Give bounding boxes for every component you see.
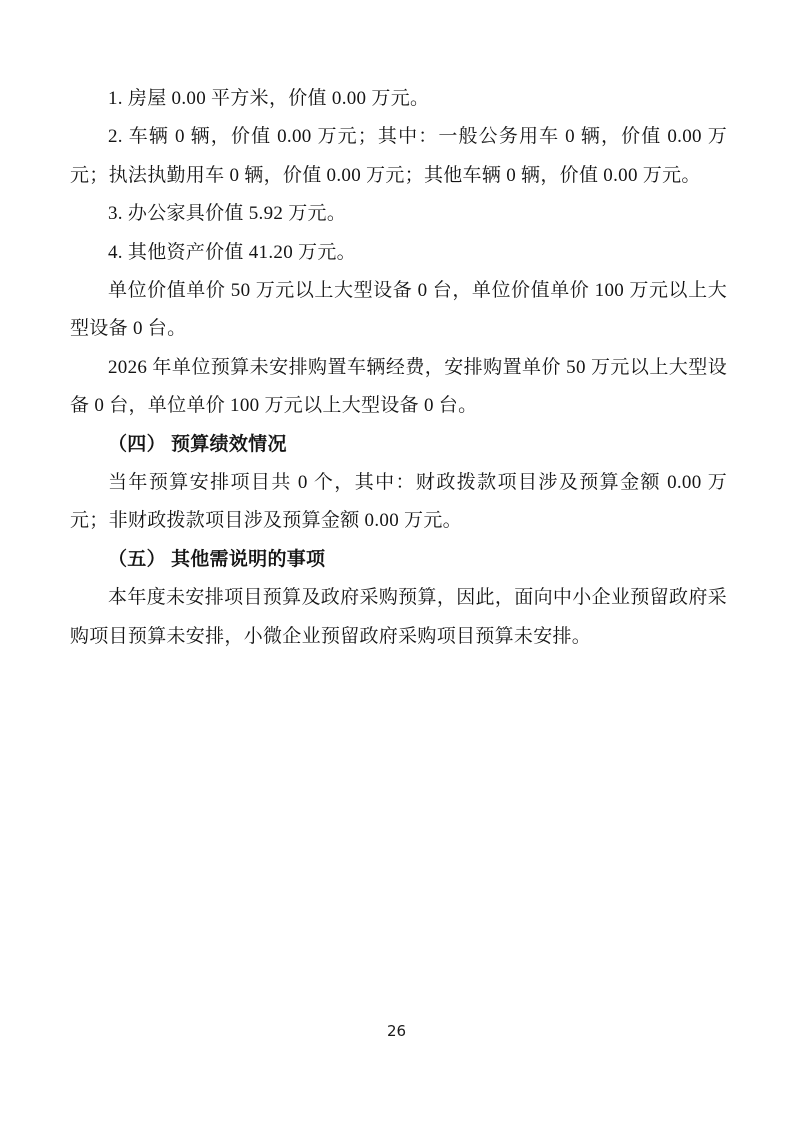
paragraph-budget-performance-detail: 当年预算安排项目共 0 个，其中：财政拨款项目涉及预算金额 0.00 万元；非财… bbox=[70, 464, 727, 541]
section-heading-other-matters: （五） 其他需说明的事项 bbox=[70, 541, 727, 579]
paragraph-other-assets: 4. 其他资产价值 41.20 万元。 bbox=[70, 234, 727, 272]
paragraph-other-matters-detail: 本年度未安排项目预算及政府采购预算，因此，面向中小企业预留政府采购项目预算未安排… bbox=[70, 579, 727, 656]
section-heading-budget-performance: （四） 预算绩效情况 bbox=[70, 426, 727, 464]
document-page: 1. 房屋 0.00 平方米，价值 0.00 万元。 2. 车辆 0 辆，价值 … bbox=[0, 0, 793, 1122]
paragraph-office-furniture: 3. 办公家具价值 5.92 万元。 bbox=[70, 195, 727, 233]
paragraph-houses: 1. 房屋 0.00 平方米，价值 0.00 万元。 bbox=[70, 80, 727, 118]
paragraph-vehicles: 2. 车辆 0 辆，价值 0.00 万元；其中：一般公务用车 0 辆，价值 0.… bbox=[70, 118, 727, 195]
paragraph-large-equipment: 单位价值单价 50 万元以上大型设备 0 台，单位价值单价 100 万元以上大型… bbox=[70, 272, 727, 349]
document-body: 1. 房屋 0.00 平方米，价值 0.00 万元。 2. 车辆 0 辆，价值 … bbox=[70, 80, 727, 656]
paragraph-2026-budget-arrangement: 2026 年单位预算未安排购置车辆经费，安排购置单价 50 万元以上大型设备 0… bbox=[70, 349, 727, 426]
page-number: 26 bbox=[0, 1022, 793, 1040]
